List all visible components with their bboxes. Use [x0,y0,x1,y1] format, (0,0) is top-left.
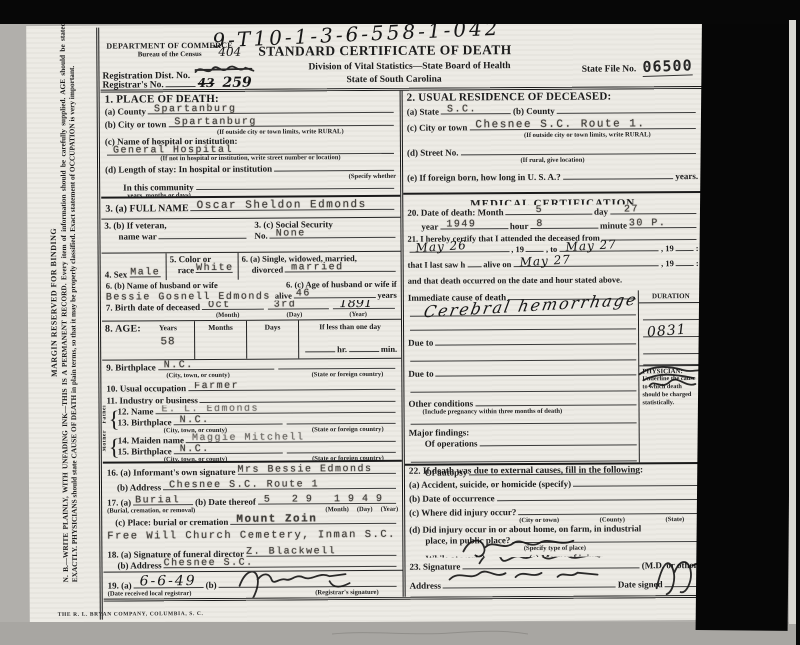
res-street-blank [461,145,696,155]
informant-addr-blank: Chesnee S.C. Route 1 [163,480,396,490]
reg19-num-a: 19. (a) [108,580,132,590]
certify-from-blank2: May 26 [410,243,510,253]
veteran-war-label: name war [118,231,156,241]
community-label: In this community [123,182,194,192]
res-state-blank: S.C. [441,105,511,114]
section-birthdate: 7. Birth date of deceased Oct 3rd 1891 (… [102,300,401,321]
state-file-line: State File No. 06500 [582,57,693,77]
external-a-blank [573,477,698,487]
burial-date-blank: 5 29 1949 [258,495,396,505]
age-months-cell: Months [194,321,246,359]
alive-on-value: May 27 [519,252,571,269]
colon-2: : [696,258,699,268]
spouse-age-value: 46 [296,288,311,299]
marital-cell: 6. (a) Single, widowed, married, divorce… [238,252,401,280]
alive-on-label: alive on [483,259,511,269]
physician-box-scribble [635,360,705,400]
parents-rows: 12. Name E. L. Edmonds 13. Birthplace N.… [117,404,397,462]
sex-label: 4. Sex [105,269,128,279]
division-label: Division of Vital Statistics—State Board… [308,61,510,72]
cause-main: Immediate cause of death Cerebral hemorr… [404,290,639,463]
year-blank-3 [676,257,694,266]
birthplace-blank2 [278,360,395,370]
reg19-date-hint: (Date received local registrar) [108,590,192,598]
scanner-top-bar [0,0,800,24]
external-b-blank [497,491,698,501]
res-county-blank [557,104,696,114]
burial-type-blank: Burial [133,496,193,505]
lastsaw-blank [467,258,481,267]
mother-bp-blank1: N.C. [174,445,283,455]
birth-month: Oct [208,300,231,311]
registrar-signature-scribble [233,570,363,599]
burial-place-value: Mount Zoin [236,513,317,525]
father-name-blank: E. L. Edmonds [155,404,395,414]
hint-day: (Day) [286,311,302,318]
res-state-label: (a) State [407,107,439,117]
father-name-label: 12. Name [118,406,154,416]
father-bp-label: 13. Birthplace [118,417,172,427]
dod-year-label: year [421,222,438,232]
res-city-value: Chesnee S.C. Route 1. [475,118,645,131]
other-label: Other conditions [408,398,473,408]
burial-type-hint: (Burial, cremation, or removal) [107,507,195,515]
age-days-header: Days [249,322,296,331]
county-label: (a) County [105,106,146,116]
dod-month-blank: 5 [506,206,592,216]
father-side-label: Father [102,416,107,424]
burial-hint-year: (Year) [381,506,399,513]
ssn-cell: 3. (c) Social Security No. None [251,218,400,252]
county-blank: Spartanburg [148,104,394,115]
section-birthplace: 9. Birthplace N.C. (City, town, or count… [102,359,401,383]
race-cell: 5. Color or race White [166,253,238,280]
county-value: Spartanburg [154,104,237,116]
hospital-blank: General Hospital [107,145,394,156]
age-less-header: If less than one day [303,322,397,332]
external-c-hint3: (State) [665,516,684,523]
mother-bp-label: 15. Birthplace [118,446,172,456]
burial-place-value2: Free Will Church Cemetery, Inman S.C. [107,529,398,543]
registrar-number-crossed: 43 [198,76,215,90]
operations-label: Of operations [425,438,478,448]
external-a-label: (a) Accident, suicide, or homicide (spec… [409,479,571,490]
age-label: 8. AGE: [105,323,141,357]
section-sex-race-marital: 4. Sex Male 5. Color or race White 6. (a… [102,251,401,281]
res-foreign-blank [563,170,674,180]
birth-day: 3rd [274,300,297,311]
informant-sig-blank: Mrs Bessie Edmonds [237,465,395,475]
section-funeral-director: 18. (a) Signature of funeral director Z.… [103,546,402,572]
occupation-value: Farmer [194,381,239,392]
section-external-causes: 22. If death was due to external causes,… [405,462,705,558]
director-addr-label: (b) Address [117,560,161,570]
mother-bp-blank2 [287,444,396,454]
registrar-number-blank [166,78,196,87]
dod-day: 27 [624,204,639,215]
industry-label: 11. Industry or business [106,395,197,406]
section-place-of-death: 1. PLACE OF DEATH: (a) County Spartanbur… [101,91,401,197]
other-blank [475,396,636,406]
city-value: Spartanburg [174,117,257,129]
duration-column: DURATION 0831 PHYSICIAN: Underline the c… [638,290,704,462]
state-file-label: State File No. [582,64,637,74]
birthplace-label: 9. Birthplace [106,362,156,372]
ssn-value: None [276,228,306,239]
veteran-cell: 3. (b) If veteran, name war [101,219,251,253]
dod-day-label: day [594,207,608,217]
dod-year: 1949 [446,219,476,230]
section-residence: 2. USUAL RESIDENCE OF DECEASED: (a) Stat… [403,89,703,193]
due-label-1: Due to [408,338,433,348]
duration-header: DURATION [639,290,703,303]
attended-to-value: May 27 [565,237,617,254]
hint-year: (Year) [349,311,367,318]
sig23-addr-label: Address [410,581,441,591]
sex-blank: Male [129,268,161,277]
duration-code: 0831 [647,322,688,341]
occurred-label: and that death occurred on the date and … [408,274,699,286]
occupation-label: 10. Usual occupation [106,383,186,393]
scanned-death-certificate: MARGIN RESERVED FOR BINDING N. B.—WRITE … [0,0,800,645]
sex-cell: 4. Sex Male [102,253,166,280]
community-blank [196,180,395,190]
res-city-hint: (If outside city or town limits, write R… [477,131,698,139]
section-informant: 16. (a) Informant's own signature Mrs Be… [103,460,402,496]
hint-month: (Month) [216,312,239,319]
age-months-header: Months [197,323,244,332]
dod-month: 5 [536,205,544,216]
physician-note-box: PHYSICIAN: Underline the cause to which … [639,365,704,462]
other-line [411,414,637,424]
spouse-age-blank: 46 [294,289,376,298]
binding-margin-text: MARGIN RESERVED FOR BINDING N. B.—WRITE … [48,22,80,582]
birth-year-blank: 1891 [333,300,395,309]
sex-value: Male [130,267,160,278]
spouse-label: 6. (b) Name of husband or wife [106,280,218,291]
ssn-no-label: No. [254,231,267,241]
dod-hour: 8 [536,219,544,230]
hr-label: hr. [337,344,347,354]
section-parents: Father { Mother { 12. Name E. L. Edmonds [102,404,401,462]
scan-edge-black-strip [796,0,800,645]
operations-line [411,447,637,462]
reg19-date-value: 6-6-49 [140,573,197,589]
due-blank-1 [435,335,636,345]
year-blank-2 [676,242,694,251]
informant-sig-value: Mrs Bessie Edmonds [237,464,372,476]
nineteen-1: , 19 [511,244,524,254]
director-addr-value: Chesnee S.C. [164,558,254,570]
res-foreign-label: (e) If foreign born, how long in U. S. A… [407,172,561,183]
hospital-value: General Hospital [113,145,233,157]
due-blank-2 [436,366,637,376]
md-address-scribble [445,563,605,590]
age-days-cell: Days [246,320,298,358]
external-c-label: (c) Where did injury occur? [409,507,516,518]
operations-blank [479,436,636,446]
stay-blank [274,162,394,172]
certify-to-blank: May 27 [559,242,659,252]
informant-sig-label: 16. (a) Informant's own signature [107,467,236,478]
city-blank: Spartanburg [168,117,393,127]
external-title: 22. If death was due to external causes,… [409,465,700,477]
dod-hour-label: hour [510,221,529,231]
external-answer-scribble [459,531,579,558]
dod-hour-blank: 8 [530,220,598,229]
burial-place-label: (c) Place: burial or cremation [115,517,228,528]
duration-line-1 [643,303,699,320]
state-line: State of South Carolina [346,75,441,86]
colon-1: : [696,243,699,253]
director-sig-value: Z. Blackwell [246,546,336,558]
res-foreign-suffix: years. [675,171,698,181]
burial-type-value: Burial [135,495,180,506]
section-date-of-death: 20. Date of death: Month 5 day 27 year 1… [403,204,702,232]
form-body: 1. PLACE OF DEATH: (a) County Spartanbur… [101,86,708,602]
mother-name-value: Maggie Mitchell [192,432,305,444]
hr-blank [305,343,335,352]
age-years-cell: 8. AGE: Years 58 [102,321,194,360]
nineteen-2: , 19 [661,243,674,253]
state-file-number: 06500 [642,56,693,77]
due-label-2: Due to [408,369,433,379]
min-label: min. [381,344,397,354]
printer-credit: THE R. L. BRYAN COMPANY, COLUMBIA, S. C. [58,611,204,618]
parents-brace-column: Father { Mother { [102,406,117,462]
birthplace-blank1: N.C. [158,361,275,371]
birthplace-hint-city: (City, town, or county) [166,372,229,379]
marital-label2: divorced [252,265,284,275]
fullname-value: Oscar Sheldon Edmonds [197,199,367,212]
burial-date-value: 5 29 1949 [264,494,390,506]
section-veteran-ssn: 3. (b) If veteran, name war 3. (c) Socia… [101,217,400,253]
reg19-date-blank: 6-6-49 [134,579,204,588]
mother-bp-value: N.C. [180,444,210,455]
reg19-num-b: (b) [206,580,217,590]
year-blank-1 [526,243,544,252]
res-city-label: (c) City or town [407,122,468,132]
lastsaw-label: that I last saw h [408,259,466,269]
certificate-paper: MARGIN RESERVED FOR BINDING N. B.—WRITE … [26,22,712,624]
section-fullname: 3. (a) FULL NAME Oscar Sheldon Edmonds [101,195,400,219]
father-bp-blank1: N.C. [174,416,283,426]
fullname-blank: Oscar Sheldon Edmonds [191,201,395,211]
stray-pencil-mark [330,628,530,638]
race-label2: race [178,265,195,275]
birth-year: 1891 [339,300,372,311]
father-bp-blank2 [287,415,396,425]
section-signature-23: 23. Signature (M.D. or other) Address Da… [405,556,704,597]
mother-name-label: 14. Maiden name [118,435,184,445]
external-b-label: (b) Date of occurrence [409,493,495,504]
race-value: White [196,263,234,274]
age-years-header: Years [145,323,191,332]
burial-hint-day: (Day) [357,506,373,513]
birthplace-hint-state: (State or foreign country) [312,371,384,378]
section-burial: 17. (a) Burial (b) Date thereof 5 29 194… [103,494,402,548]
birth-month-blank: Oct [202,301,264,310]
min-blank [349,343,379,352]
age-years-value: 58 [145,336,191,348]
stay-label: (d) Length of stay: In hospital or insti… [105,164,272,175]
veteran-blank [159,230,247,240]
dod-label: 20. Date of death: Month [407,207,503,218]
burial-place-blank: Mount Zoin [230,515,396,525]
registration-district-scribble [193,62,255,78]
medical-cause-block: Immediate cause of death Cerebral hemorr… [404,290,704,464]
section-spouse: 6. (b) Name of husband or wife 6. (c) Ag… [102,279,401,302]
form-header: DEPARTMENT OF COMMERCE Bureau of the Cen… [100,26,704,88]
mother-side-label: Mother [102,444,107,452]
director-sig-blank: Z. Blackwell [246,547,396,557]
res-city-blank: Chesnee S.C. Route 1. [469,120,695,130]
external-c-blank [518,505,698,515]
due-line-2 [410,377,636,392]
city-label: (b) City or town [105,119,167,129]
certificate-form: DEPARTMENT OF COMMERCE Bureau of the Cen… [100,26,708,620]
burial-date-label: (b) Date thereof [195,497,256,507]
left-column: 1. PLACE OF DEATH: (a) County Spartanbur… [101,91,403,599]
birth-day-blank: 3rd [268,300,330,309]
mother-name-blank: Maggie Mitchell [186,433,396,443]
nineteen-3: , 19 [661,258,674,268]
dod-minute-label: minute [600,220,627,230]
right-column: 2. USUAL RESIDENCE OF DECEASED: (a) Stat… [400,89,705,597]
fullname-label: 3. (a) FULL NAME [105,203,188,215]
marital-blank: married [285,263,396,273]
informant-addr-label: (b) Address [117,482,161,492]
director-addr-blank: Chesnee S.C. [164,558,397,568]
section-registrar-19: 19. (a) 6-6-49 (b) (Date received local … [104,570,403,599]
due-line-1 [410,346,636,361]
alive-label: alive [275,290,292,300]
race-blank: White [196,264,233,273]
age-less-cell: If less than one day hr. min. [298,320,401,359]
res-county-label: (b) County [513,106,555,116]
res-street-label: (d) Street No. [407,147,459,157]
attended-from-value: May 26 [415,238,467,255]
cause-line-1: Cerebral hemorrhage [410,301,636,316]
ssn-blank: None [270,229,396,239]
father-name-value: E. L. Edmonds [161,404,259,415]
dod-year-blank: 1949 [440,220,508,229]
dod-minute-blank: 30 P. [629,219,697,228]
section-certify-21: 21. I hereby certify that I attended the… [403,230,702,292]
res-state-value: S.C. [447,104,477,115]
dod-minute: 30 P. [629,218,667,229]
informant-addr-value: Chesnee S.C. Route 1 [169,479,319,491]
birthdate-label: 7. Birth date of deceased [106,302,200,313]
scanner-right-band [696,18,794,631]
margin-note: N. B.—WRITE PLAINLY, WITH UNFADING INK—T… [58,22,80,582]
dod-day-blank: 27 [610,205,696,215]
birthplace-value: N.C. [164,360,194,371]
alive-on-blank: May 27 [513,257,659,267]
residence-title: 2. USUAL RESIDENCE OF DECEASED: [407,90,698,104]
years-suffix: years [377,290,396,300]
scan-edge-white-strip [789,20,796,624]
duration-line-3: 0831 [643,337,699,354]
occupation-blank: Farmer [188,381,395,391]
father-bp-value: N.C. [180,415,210,426]
section-age: 8. AGE: Years 58 Months Days [102,319,401,361]
industry-blank [200,393,396,403]
marital-value: married [291,262,344,273]
burial-hint-month: (Month) [325,506,348,513]
burial-num-label: 17. (a) [107,497,131,507]
